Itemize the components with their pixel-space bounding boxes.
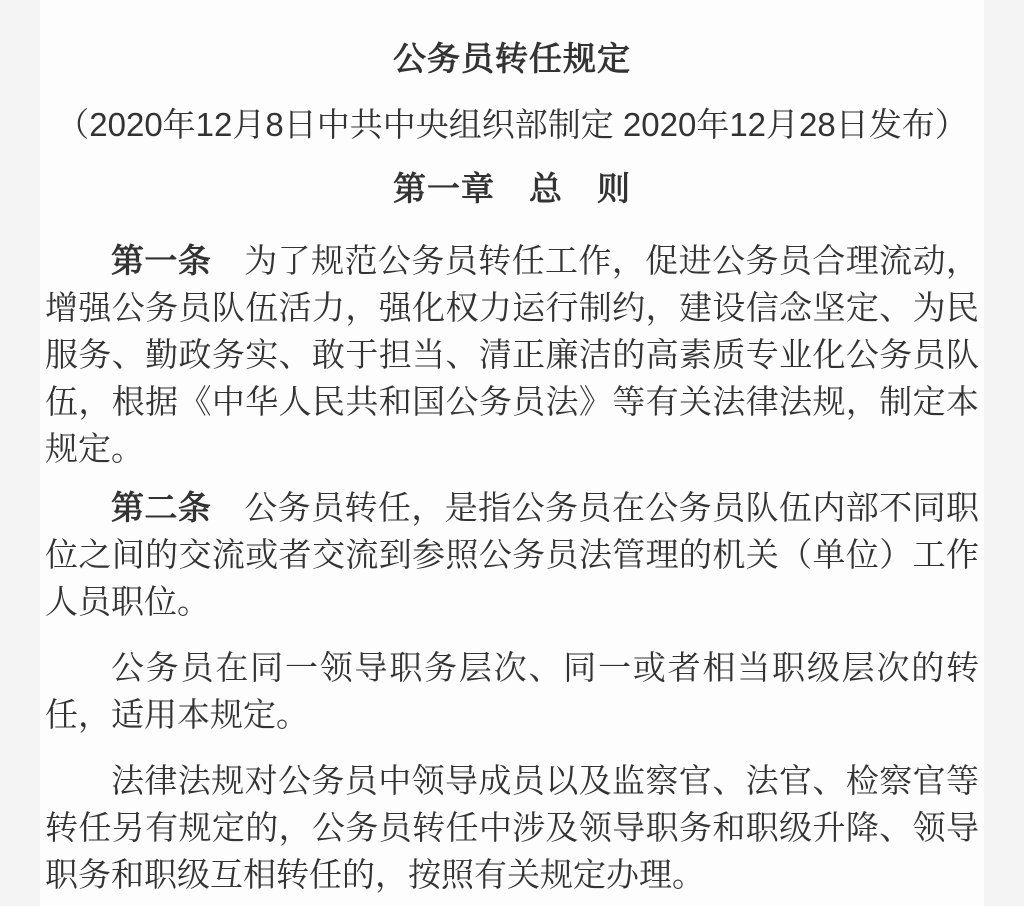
paragraph-article-2-exceptions: 法律法规对公务员中领导成员以及监察官、法官、检察官等转任另有规定的，公务员转任中… — [45, 757, 979, 898]
paragraph-article-2-continued: 公务员在同一领导职务层次、同一或者相当职级层次的转任，适用本规定。 — [45, 644, 979, 738]
chapter-heading: 第一章 总 则 — [45, 164, 979, 213]
paragraph-article-2: 第二条公务员转任，是指公务员在公务员队伍内部不同职位之间的交流或者交流到参照公务… — [45, 484, 979, 625]
document-viewport: 公务员转任规定 （2020年12月8日中共中央组织部制定 2020年12月28日… — [0, 0, 1024, 906]
article-2-label: 第二条 — [111, 489, 211, 526]
article-1-label: 第一条 — [111, 242, 211, 279]
article-2-continued-text: 公务员在同一领导职务层次、同一或者相当职级层次的转任，适用本规定。 — [45, 649, 979, 733]
document-subtitle: （2020年12月8日中共中央组织部制定 2020年12月28日发布） — [45, 100, 979, 149]
document-title: 公务员转任规定 — [45, 34, 979, 83]
paragraph-article-1: 第一条为了规范公务员转任工作，促进公务员合理流动，增强公务员队伍活力，强化权力运… — [45, 237, 979, 472]
document-page: 公务员转任规定 （2020年12月8日中共中央组织部制定 2020年12月28日… — [40, 0, 984, 906]
article-2-exceptions-text: 法律法规对公务员中领导成员以及监察官、法官、检察官等转任另有规定的，公务员转任中… — [45, 762, 979, 893]
